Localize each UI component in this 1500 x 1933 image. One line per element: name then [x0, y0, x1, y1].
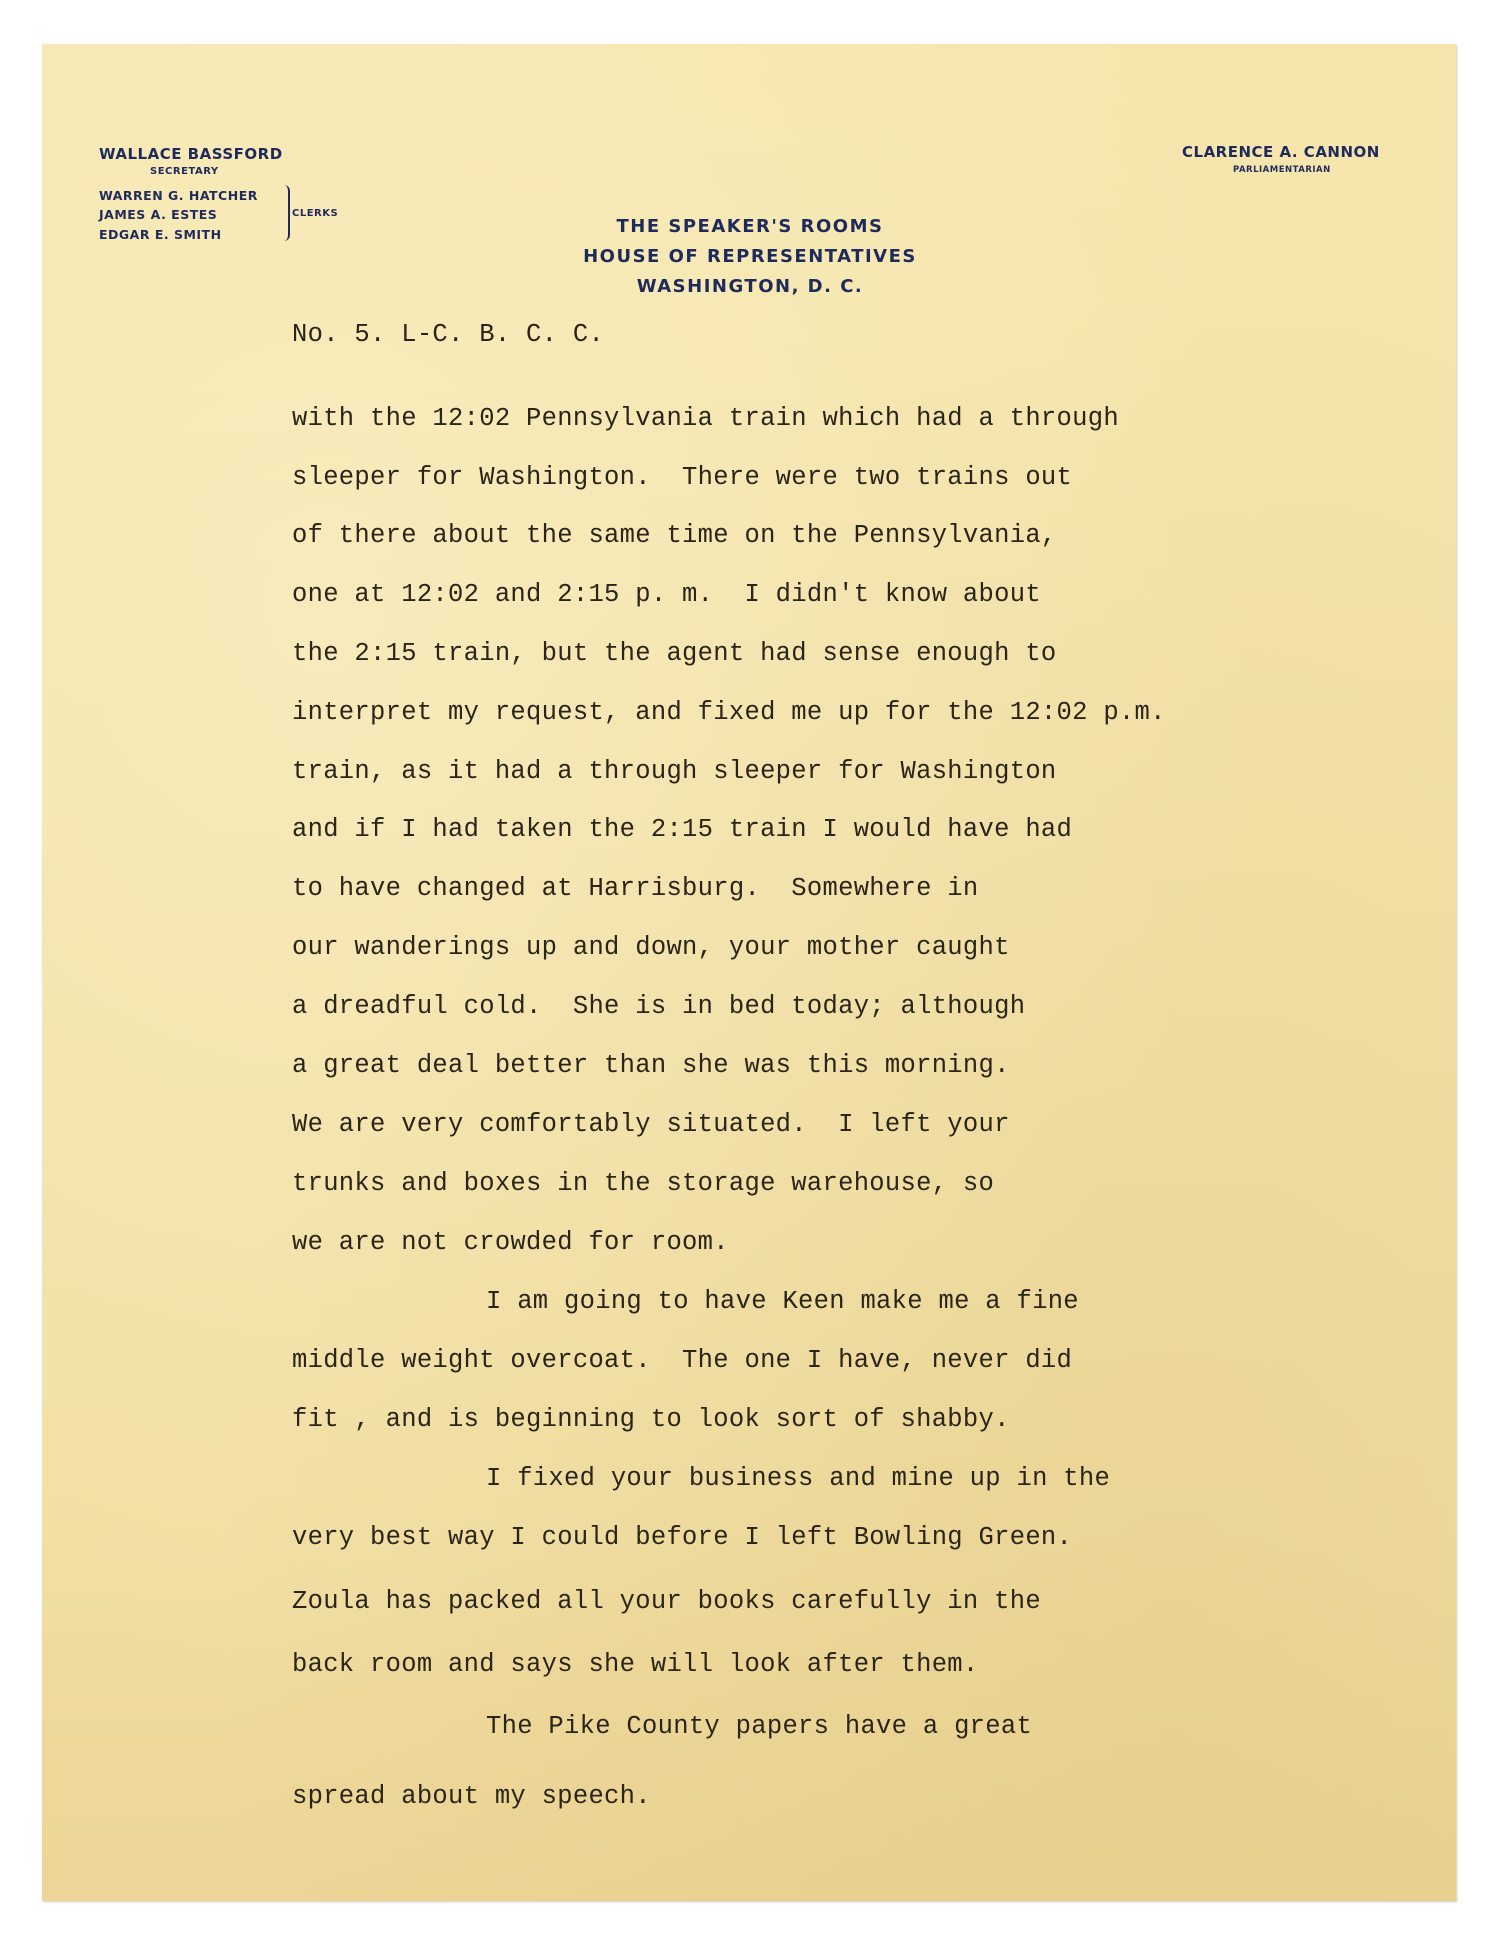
letter-line: a dreadful cold. She is in bed today; al… — [292, 992, 1025, 1021]
letter-line: our wanderings up and down, your mother … — [292, 933, 1010, 962]
letter-line: fit , and is beginning to look sort of s… — [292, 1405, 1010, 1434]
letter-line: middle weight overcoat. The one I have, … — [292, 1346, 1072, 1375]
letter-line: interpret my request, and fixed me up fo… — [292, 698, 1166, 727]
letter-line: a great deal better than she was this mo… — [292, 1051, 1010, 1080]
parliamentarian-name: CLARENCE A. CANNON — [1182, 143, 1380, 161]
letter-line: of there about the same time on the Penn… — [292, 521, 1057, 550]
letter-line: We are very comfortably situated. I left… — [292, 1110, 1010, 1139]
letter-line: back room and says she will look after t… — [292, 1650, 979, 1679]
letter-line: to have changed at Harrisburg. Somewhere… — [292, 874, 979, 903]
letter-page — [42, 44, 1456, 1901]
letter-line: sleeper for Washington. There were two t… — [292, 463, 1072, 492]
office-line: WASHINGTON, D. C. — [450, 276, 1050, 297]
letter-line: and if I had taken the 2:15 train I woul… — [292, 815, 1072, 844]
clerk-name: EDGAR E. SMITH — [99, 227, 222, 242]
letter-line: Zoula has packed all your books carefull… — [292, 1587, 1041, 1616]
parliamentarian-title: PARLIAMENTARIAN — [1233, 165, 1331, 175]
clerk-name: JAMES A. ESTES — [99, 207, 217, 222]
letter-line: one at 12:02 and 2:15 p. m. I didn't kno… — [292, 580, 1041, 609]
letter-line: I fixed your business and mine up in the — [486, 1464, 1110, 1493]
letter-line: we are not crowded for room. — [292, 1228, 729, 1257]
letter-line: with the 12:02 Pennsylvania train which … — [292, 404, 1119, 433]
clerks-label: CLERKS — [292, 208, 338, 219]
office-line: HOUSE OF REPRESENTATIVES — [450, 246, 1050, 267]
secretary-name: WALLACE BASSFORD — [99, 145, 283, 163]
letter-line: the 2:15 train, but the agent had sense … — [292, 639, 1057, 668]
letter-line: spread about my speech. — [292, 1782, 651, 1811]
letter-line: very best way I could before I left Bowl… — [292, 1523, 1072, 1552]
letter-line: train, as it had a through sleeper for W… — [292, 757, 1057, 786]
page-reference: No. 5. L-C. B. C. C. — [292, 320, 604, 349]
secretary-title: SECRETARY — [150, 166, 219, 177]
letter-line: trunks and boxes in the storage warehous… — [292, 1169, 994, 1198]
office-line: THE SPEAKER'S ROOMS — [450, 216, 1050, 237]
letter-line: The Pike County papers have a great — [486, 1712, 1032, 1741]
clerks-brace — [282, 185, 290, 241]
letter-line: I am going to have Keen make me a fine — [486, 1287, 1079, 1316]
clerk-name: WARREN G. HATCHER — [99, 188, 258, 203]
